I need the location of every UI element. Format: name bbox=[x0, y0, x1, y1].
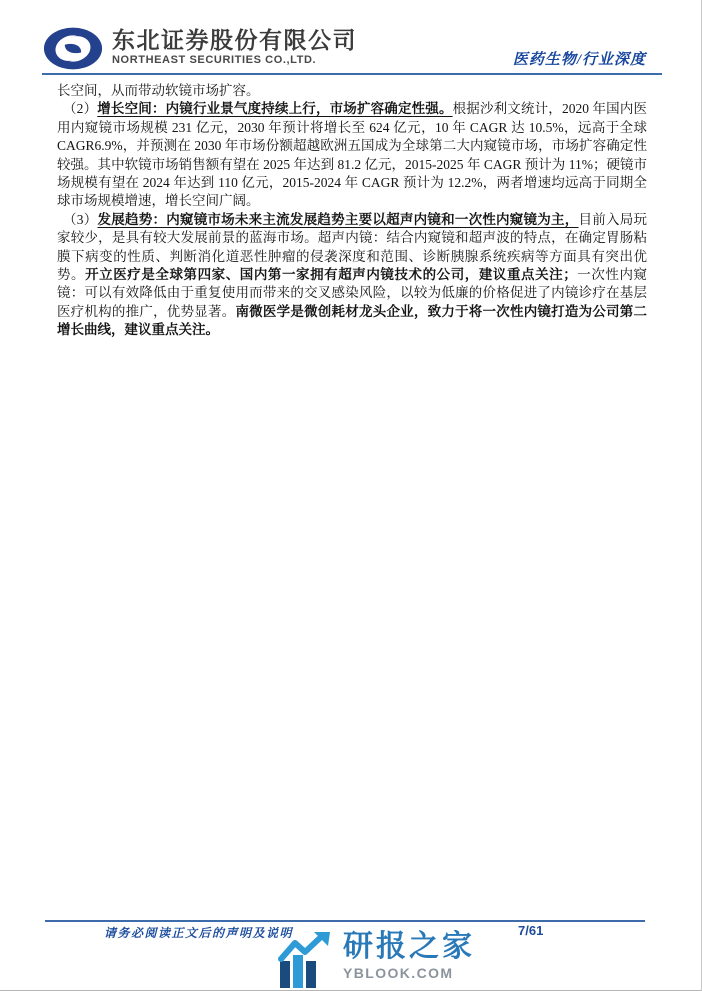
footer-divider bbox=[45, 920, 645, 922]
footer-disclaimer: 请务必阅读正文后的声明及说明 bbox=[104, 924, 293, 941]
watermark-site-name: 研报之家 bbox=[343, 932, 475, 962]
paragraph-growth-space: （2）增长空间：内镜行业景气度持续上行，市场扩容确定性强。根据沙利文统计，202… bbox=[57, 100, 647, 210]
p2-seg1-emphasis: 增长空间：内镜行业景气度持续上行，市场扩容确定性强。 bbox=[97, 101, 452, 116]
watermark-site-url: YBLOOK.COM bbox=[343, 965, 475, 981]
p2-seg2: 根据沙利文统计，2020 年国内医用内窥镜市场规模 231 亿元，2030 年预… bbox=[57, 101, 647, 208]
company-name-cn: 东北证券股份有限公司 bbox=[112, 28, 357, 52]
page-header: 东北证券股份有限公司 NORTHEAST SECURITIES CO.,LTD.… bbox=[42, 26, 662, 75]
p3-seg0: （3） bbox=[63, 212, 97, 227]
bar-chart-arrow-icon bbox=[278, 932, 334, 988]
paragraph-development-trend: （3）发展趋势：内窥镜市场未来主流发展趋势主要以超声内镜和一次性内窥镜为主，目前… bbox=[57, 211, 647, 340]
watermark: 研报之家 YBLOOK.COM bbox=[278, 932, 475, 988]
report-body: 长空间，从而带动软镜市场扩容。 （2）增长空间：内镜行业景气度持续上行，市场扩容… bbox=[57, 82, 647, 340]
report-category-label: 医药生物/行业深度 bbox=[513, 48, 646, 69]
paragraph-continuation: 长空间，从而带动软镜市场扩容。 bbox=[57, 82, 647, 100]
p2-seg0: （2） bbox=[63, 101, 97, 116]
company-name-en: NORTHEAST SECURITIES CO.,LTD. bbox=[112, 54, 357, 66]
p3-seg3-bold: 开立医疗是全球第四家、国内第一家拥有超声内镜技术的公司，建议重点关注； bbox=[85, 267, 577, 282]
company-logo-icon bbox=[42, 26, 104, 71]
p1-text: 长空间，从而带动软镜市场扩容。 bbox=[57, 83, 260, 98]
page-number: 7/61 bbox=[518, 923, 543, 938]
company-name-block: 东北证券股份有限公司 NORTHEAST SECURITIES CO.,LTD. bbox=[112, 28, 357, 66]
p3-seg1-emphasis: 发展趋势：内窥镜市场未来主流发展趋势主要以超声内镜和一次性内窥镜为主， bbox=[97, 212, 578, 227]
watermark-text-block: 研报之家 YBLOOK.COM bbox=[343, 932, 475, 981]
report-page: 东北证券股份有限公司 NORTHEAST SECURITIES CO.,LTD.… bbox=[0, 0, 702, 991]
